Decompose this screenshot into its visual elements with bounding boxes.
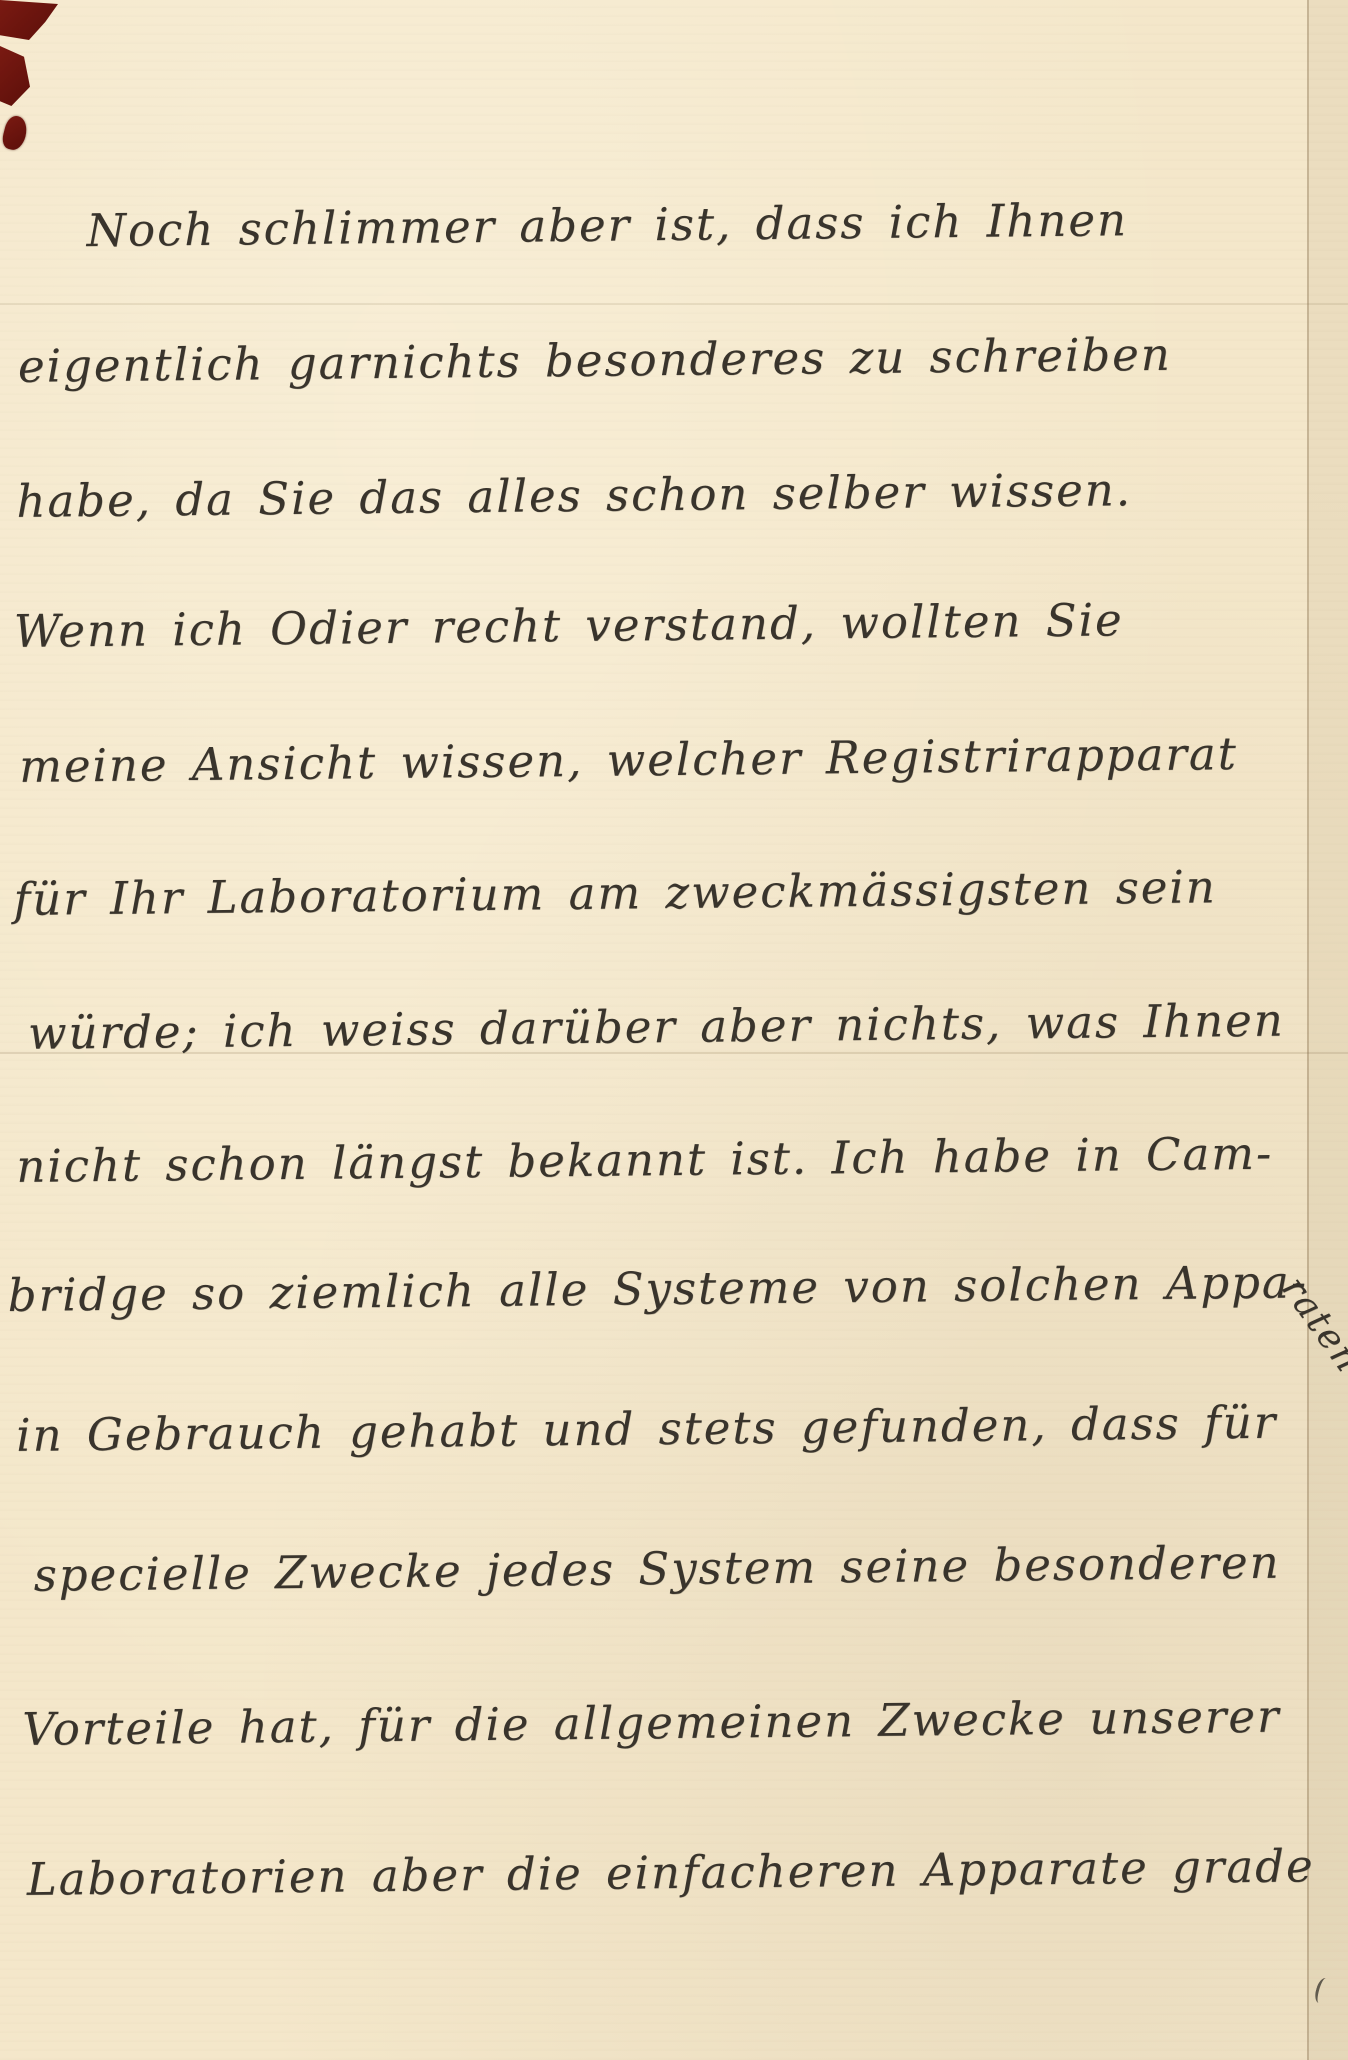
handwriting-line: meine Ansicht wissen, welcher Registrira… — [19, 727, 1238, 793]
handwriting-line: eigentlich garnichts besonderes zu schre… — [18, 328, 1172, 393]
handwriting-line: für Ihr Laboratorium am zweckmässigsten … — [13, 860, 1217, 926]
handwriting-line-text: bridge so ziemlich alle Systeme von solc… — [7, 1255, 1308, 1322]
handwriting-line: nicht schon längst bekannt ist. Ich habe… — [16, 1127, 1273, 1193]
handwriting-line: specielle Zwecke jedes System seine beso… — [33, 1536, 1280, 1602]
handwriting-line: in Gebrauch gehabt und stets gefunden, d… — [16, 1396, 1278, 1462]
handwriting-line: Vorteile hat, für die allgemeinen Zwecke… — [22, 1690, 1281, 1756]
handwriting-line: Noch schlimmer aber ist, dass ich Ihnen — [86, 193, 1128, 257]
handwriting-line: Wenn ich Odier recht verstand, wollten S… — [14, 593, 1124, 658]
letter-page: Noch schlimmer aber ist, dass ich Ihnen … — [0, 0, 1348, 2060]
handwriting-block: Noch schlimmer aber ist, dass ich Ihnen … — [0, 0, 1348, 2060]
handwriting-line: würde; ich weiss darüber aber nichts, wa… — [28, 994, 1285, 1060]
handwriting-line: habe, da Sie das alles schon selber wiss… — [16, 463, 1132, 528]
handwriting-line: bridge so ziemlich alle Systeme von solc… — [7, 1254, 1348, 1322]
wrapped-word: raten — [1274, 1269, 1348, 1380]
handwriting-line: Laboratorien aber die einfacheren Appara… — [27, 1839, 1315, 1905]
